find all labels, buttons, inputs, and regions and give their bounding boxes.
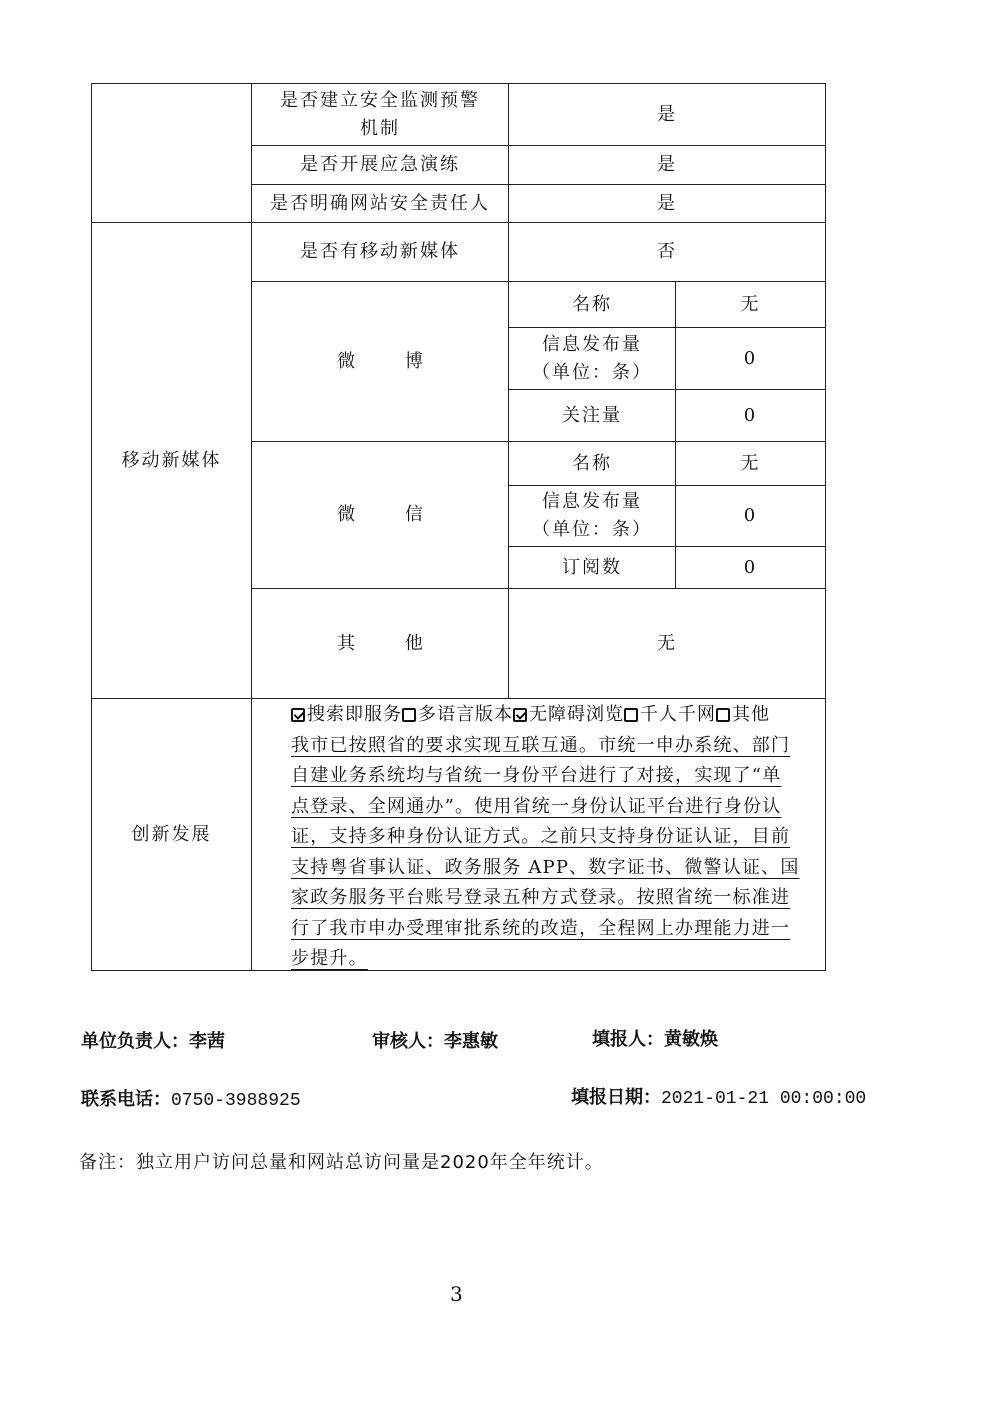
wechat-posts-label-line1: 信息发布量 (542, 488, 642, 516)
security-monitoring-label: 是否建立安全监测预警 机制 (252, 84, 508, 145)
phone-field: 联系电话：0750-3988925 (81, 1085, 301, 1111)
weibo-posts-value: 0 (676, 328, 825, 389)
weibo-posts-label-line2: （单位：条） (532, 359, 652, 387)
filler-field: 填报人：黄敏焕 (592, 1025, 718, 1051)
wechat-subscribers-value: 0 (676, 547, 825, 588)
checkbox-unchecked-icon[interactable] (716, 708, 730, 722)
checkbox-label-personalized: 千人千网 (640, 700, 716, 731)
mobile-media-section-label: 移动新媒体 (92, 223, 251, 698)
innovation-text-line: 行了我市申办受理审批系统的改造，全程网上办理能力进一 (291, 914, 816, 945)
wechat-posts-label-line2: （单位：条） (532, 516, 652, 544)
security-monitoring-label-line1: 是否建立安全监测预警 (280, 87, 480, 115)
wechat-label: 微 信 (252, 442, 508, 588)
unit-head-field: 单位负责人：李茜 (81, 1027, 225, 1053)
date-label: 填报日期： (571, 1087, 661, 1108)
wechat-posts-label: 信息发布量 （单位：条） (509, 486, 675, 546)
wechat-subscribers-label: 订阅数 (509, 547, 675, 588)
checkbox-unchecked-icon[interactable] (624, 708, 638, 722)
weibo-followers-value: 0 (676, 390, 825, 441)
security-officer-label: 是否明确网站安全责任人 (252, 185, 508, 222)
checkbox-label-accessibility: 无障碍浏览 (529, 700, 624, 731)
checkbox-checked-icon[interactable] (513, 708, 527, 722)
innovation-text-line: 自建业务系统均与省统一身份平台进行了对接，实现了“单 (291, 761, 816, 792)
wechat-name-label: 名称 (509, 442, 675, 485)
innovation-content: 搜索即服务 多语言版本 无障碍浏览 千人千网 其他 我市已按照省的要求实现互联互… (291, 700, 816, 975)
checkbox-label-multilingual: 多语言版本 (418, 700, 513, 731)
reviewer-field: 审核人：李惠敏 (372, 1027, 498, 1053)
innovation-text-line: 支持粤省事认证、政务服务 APP、数字证书、微警认证、国 (291, 853, 816, 884)
innovation-text-line: 点登录、全网通办”。使用省统一身份认证平台进行身份认 (291, 792, 816, 823)
reviewer-value: 李惠敏 (444, 1031, 498, 1052)
page-number: 3 (450, 1282, 463, 1306)
filler-value: 黄敏焕 (664, 1029, 718, 1050)
innovation-text-line: 家政务服务平台账号登录五种方式登录。按照省统一标准进 (291, 883, 816, 914)
emergency-drill-value: 是 (509, 146, 825, 184)
weibo-name-value: 无 (676, 282, 825, 327)
security-monitoring-value: 是 (509, 84, 825, 145)
other-media-value: 无 (509, 589, 825, 698)
checkbox-label-other: 其他 (732, 700, 770, 731)
innovation-checkbox-row: 搜索即服务 多语言版本 无障碍浏览 千人千网 其他 (291, 700, 816, 731)
reviewer-label: 审核人： (372, 1031, 444, 1052)
innovation-text-line: 步提升。 (291, 944, 816, 975)
date-field: 填报日期：2021-01-21 00:00:00 (571, 1083, 866, 1109)
innovation-text-line: 我市已按照省的要求实现互联互通。市统一申办系统、部门 (291, 731, 816, 762)
weibo-label: 微 博 (252, 282, 508, 441)
has-mobile-media-label: 是否有移动新媒体 (252, 223, 508, 281)
checkbox-checked-icon[interactable] (291, 708, 305, 722)
weibo-posts-label-line1: 信息发布量 (542, 331, 642, 359)
weibo-name-label: 名称 (509, 282, 675, 327)
filler-label: 填报人： (592, 1029, 664, 1050)
footnote: 备注：独立用户访问总量和网站总访问量是2020年全年统计。 (79, 1148, 604, 1174)
has-mobile-media-value: 否 (509, 223, 825, 281)
unit-head-value: 李茜 (189, 1031, 225, 1052)
weibo-posts-label: 信息发布量 （单位：条） (509, 328, 675, 389)
checkbox-label-search-service: 搜索即服务 (307, 700, 402, 731)
other-media-label: 其 他 (252, 589, 508, 698)
innovation-text-line: 证，支持多种身份认证方式。之前只支持身份证认证，目前 (291, 822, 816, 853)
security-officer-value: 是 (509, 185, 825, 222)
phone-value: 0750-3988925 (171, 1091, 301, 1111)
wechat-posts-value: 0 (676, 486, 825, 546)
checkbox-unchecked-icon[interactable] (402, 708, 416, 722)
wechat-name-value: 无 (676, 442, 825, 485)
security-monitoring-label-line2: 机制 (360, 115, 400, 143)
date-value: 2021-01-21 00:00:00 (661, 1089, 866, 1109)
emergency-drill-label: 是否开展应急演练 (252, 146, 508, 184)
phone-label: 联系电话： (81, 1089, 171, 1110)
innovation-text-last: 步提升。 (291, 948, 368, 969)
innovation-section-label: 创新发展 (92, 699, 251, 970)
unit-head-label: 单位负责人： (81, 1031, 189, 1052)
table-border-right (825, 83, 826, 971)
weibo-followers-label: 关注量 (509, 390, 675, 441)
